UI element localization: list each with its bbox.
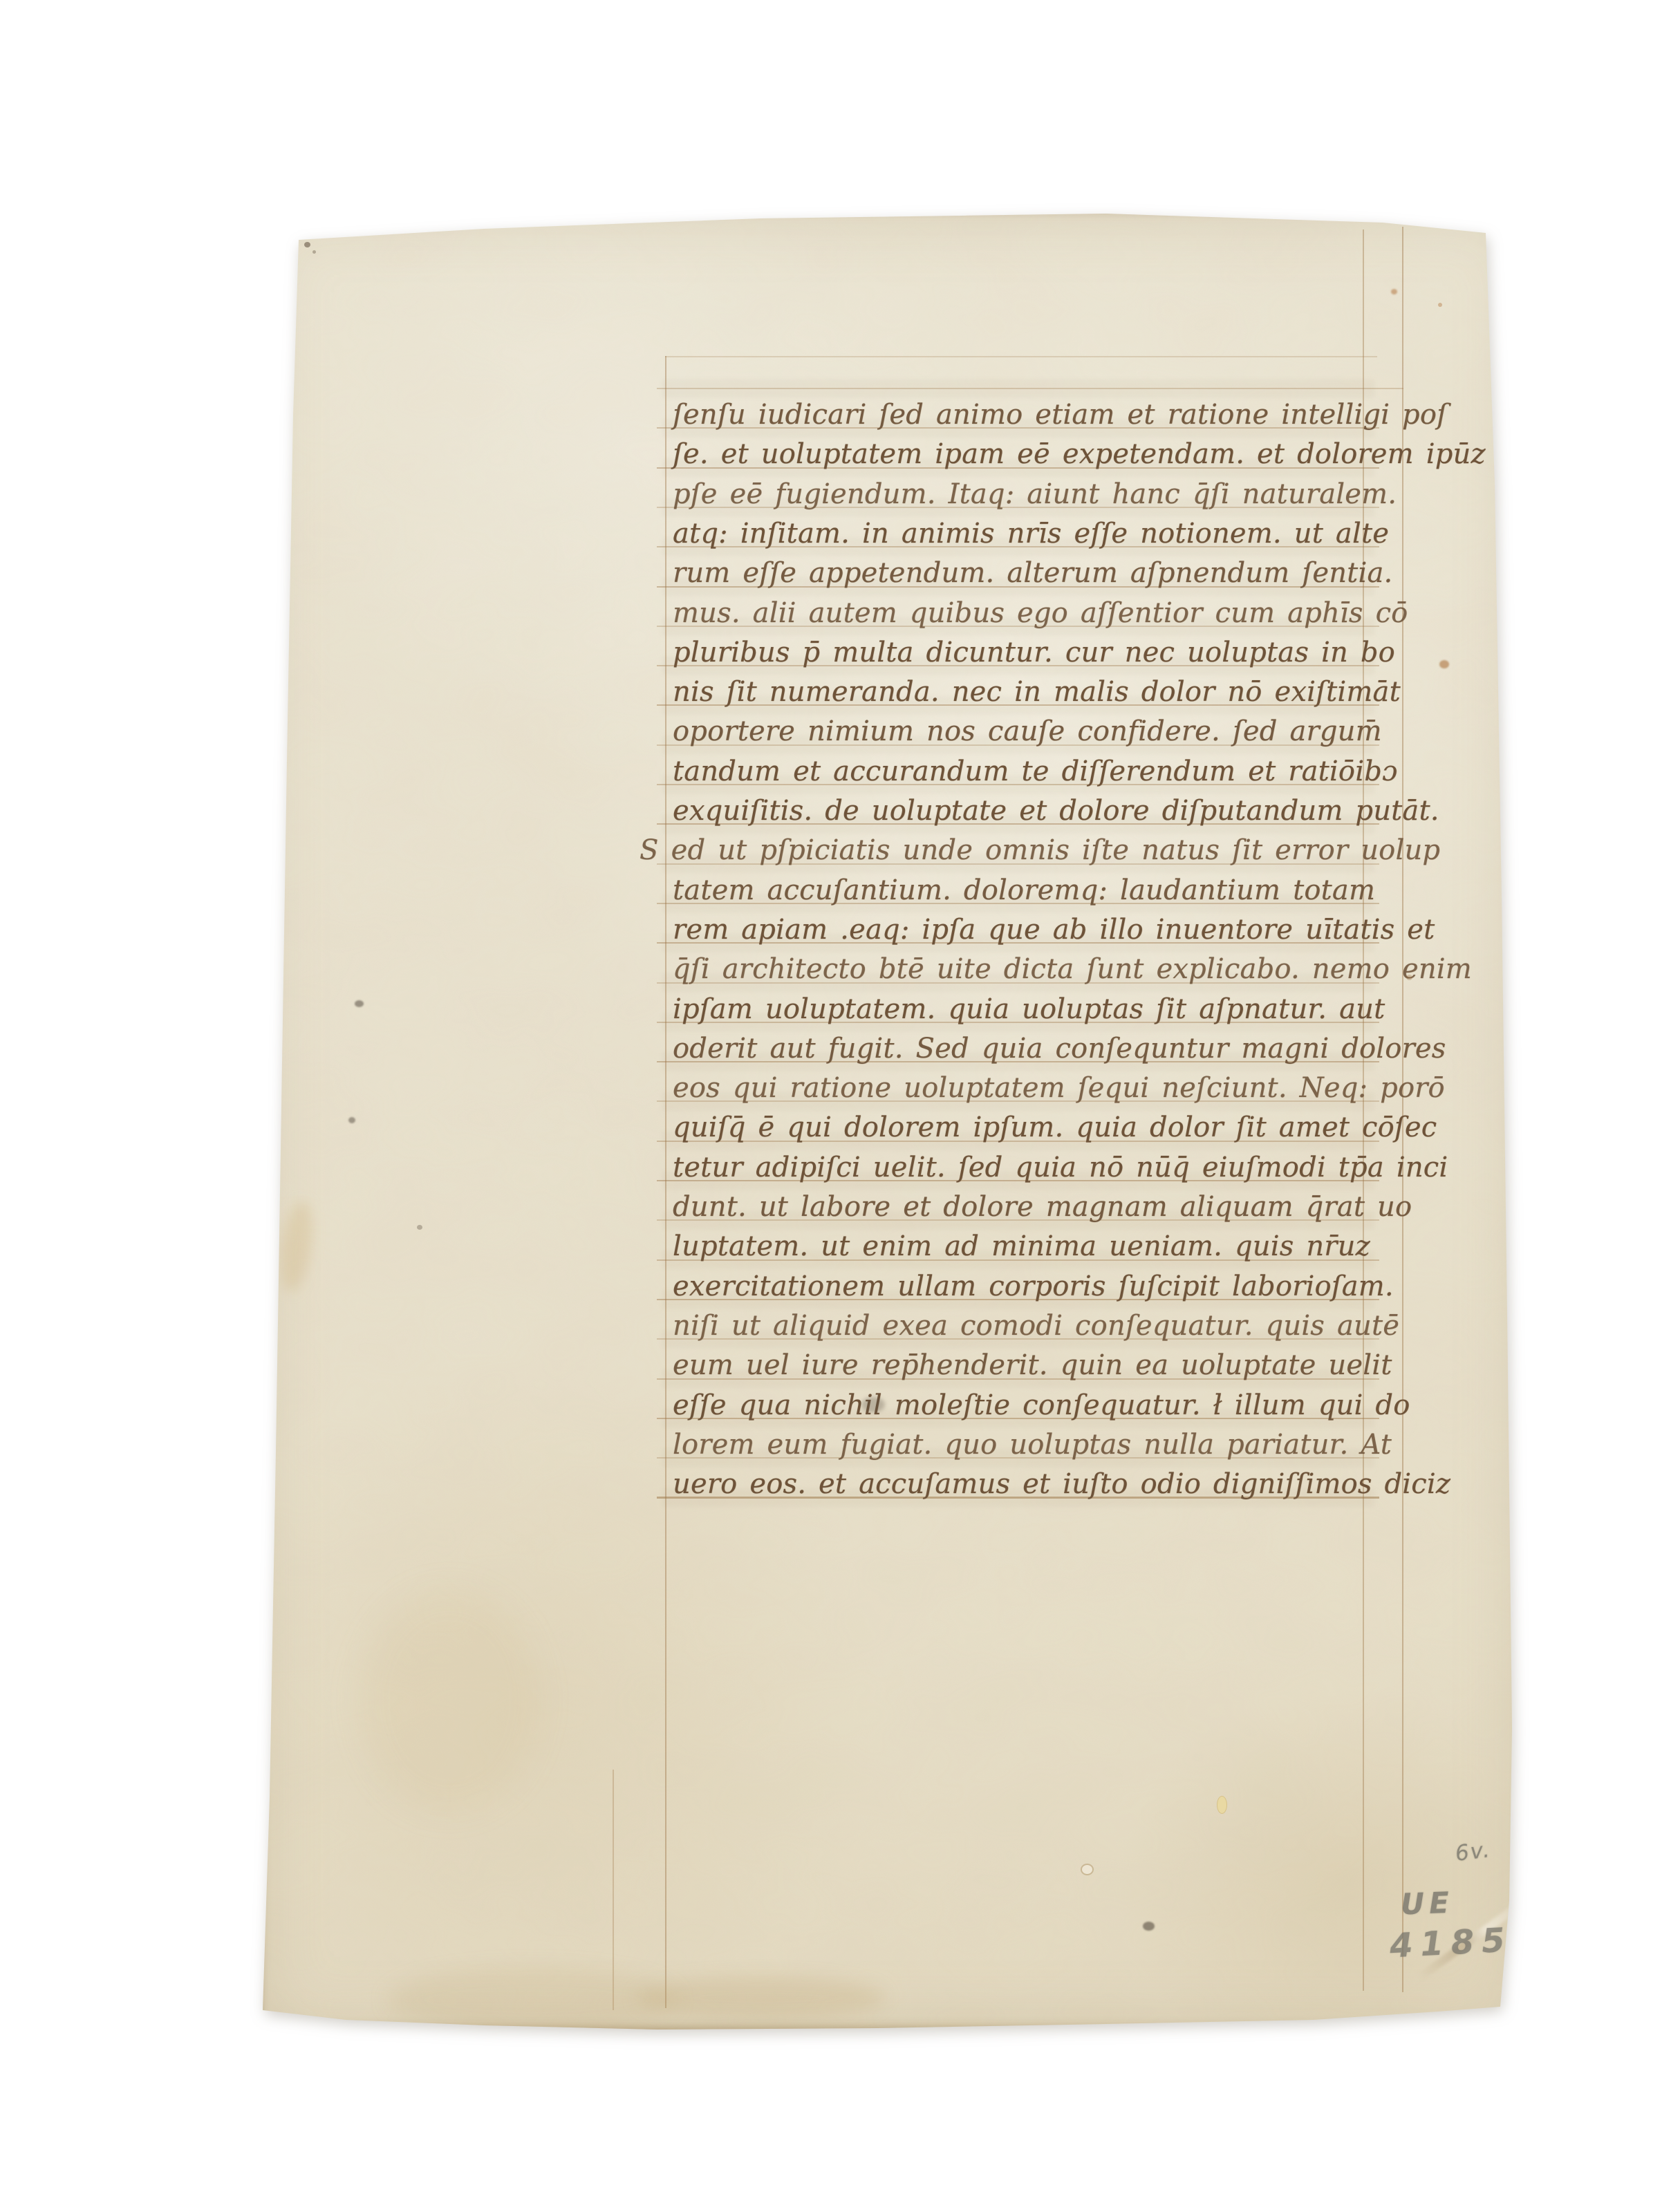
text-block: ſenſu iudicari ſed animo etiam et ration…: [261, 214, 1521, 2030]
manuscript-text-line: pſe eē fugiendum. Itaq: aiunt hanc q̄ſi …: [673, 467, 1397, 510]
manuscript-text-line: eum uel iure rep̄henderit. quin ea uolup…: [673, 1338, 1392, 1381]
manuscript-text-line: quiſq̄ ē qui dolorem ipſum. quia dolor ſ…: [673, 1100, 1437, 1143]
manuscript-text-line: ſe. et uoluptatem ipam eē expetendam. et…: [673, 427, 1486, 470]
manuscript-text-line: exercitationem ullam corporis ſuſcipit l…: [673, 1259, 1394, 1302]
manuscript-text-line: eos qui ratione uoluptatem ſequi neſciun…: [673, 1061, 1445, 1104]
manuscript-leaf: ſenſu iudicari ſed animo etiam et ration…: [261, 214, 1521, 2030]
manuscript-text-line: oportere nimium nos cauſe confidere. ſed…: [673, 704, 1382, 747]
manuscript-text-line: lorem eum fugiat. quo uoluptas nulla par…: [673, 1418, 1392, 1461]
manuscript-text-line: tetur adipiſci uelit. ſed quia nō nūq̄ e…: [673, 1141, 1448, 1183]
manuscript-text-line: atq: inſitam. in animis nrīs eſſe notion…: [673, 507, 1389, 550]
manuscript-text-line: luptatem. ut enim ad minima ueniam. quis…: [673, 1219, 1370, 1262]
manuscript-text-line: tatem accuſantium. doloremq: laudantium …: [673, 863, 1375, 906]
manuscript-text-line: rem apiam .eaq: ipſa que ab illo inuento…: [673, 903, 1435, 946]
shelfmark-annotation-number: 4185: [1389, 1920, 1513, 1965]
manuscript-text-line: pluribus p̄ multa dicuntur. cur nec uolu…: [673, 626, 1395, 668]
manuscript-text-line: ipſam uoluptatem. quia uoluptas ſit aſpn…: [673, 982, 1385, 1025]
manuscript-text-line: eſſe qua nichil moleſtie conſequatur. ł …: [673, 1378, 1410, 1421]
manuscript-text-line: uero eos. et accuſamus et iuſto odio dig…: [673, 1457, 1450, 1500]
photograph-background: ſenſu iudicari ſed animo etiam et ration…: [0, 0, 1680, 2212]
manuscript-text-line: nis ſit numeranda. nec in malis dolor nō…: [673, 665, 1401, 708]
manuscript-text-line: tandum et accurandum te diſſerendum et r…: [673, 744, 1398, 787]
shelfmark-annotation-letters: UE: [1400, 1886, 1454, 1922]
manuscript-text-line: rum eſſe appetendum. alterum aſpnendum ſ…: [673, 546, 1392, 589]
manuscript-text-line: exquiſitis. de uoluptate et dolore diſpu…: [673, 784, 1439, 827]
manuscript-text-line: q̄ſi architecto btē uite dicta ſunt expl…: [673, 942, 1472, 985]
folio-number-annotation: 6v.: [1454, 1837, 1492, 1866]
manuscript-text-line: dunt. ut labore et dolore magnam aliquam…: [673, 1180, 1412, 1223]
manuscript-text-line: mus. alii autem quibus ego aſſentior cum…: [673, 586, 1408, 629]
manuscript-text-line: oderit aut fugit. Sed quia conſequntur m…: [673, 1022, 1446, 1065]
manuscript-text-line: ſenſu iudicari ſed animo etiam et ration…: [673, 388, 1447, 431]
manuscript-text-line: niſi ut aliquid exea comodi conſequatur.…: [673, 1299, 1399, 1342]
manuscript-leaf-wrap: ſenſu iudicari ſed animo etiam et ration…: [0, 0, 1680, 2212]
manuscript-text-line: Sed ut pſpiciatis unde omnis iſte natus …: [640, 823, 1440, 866]
